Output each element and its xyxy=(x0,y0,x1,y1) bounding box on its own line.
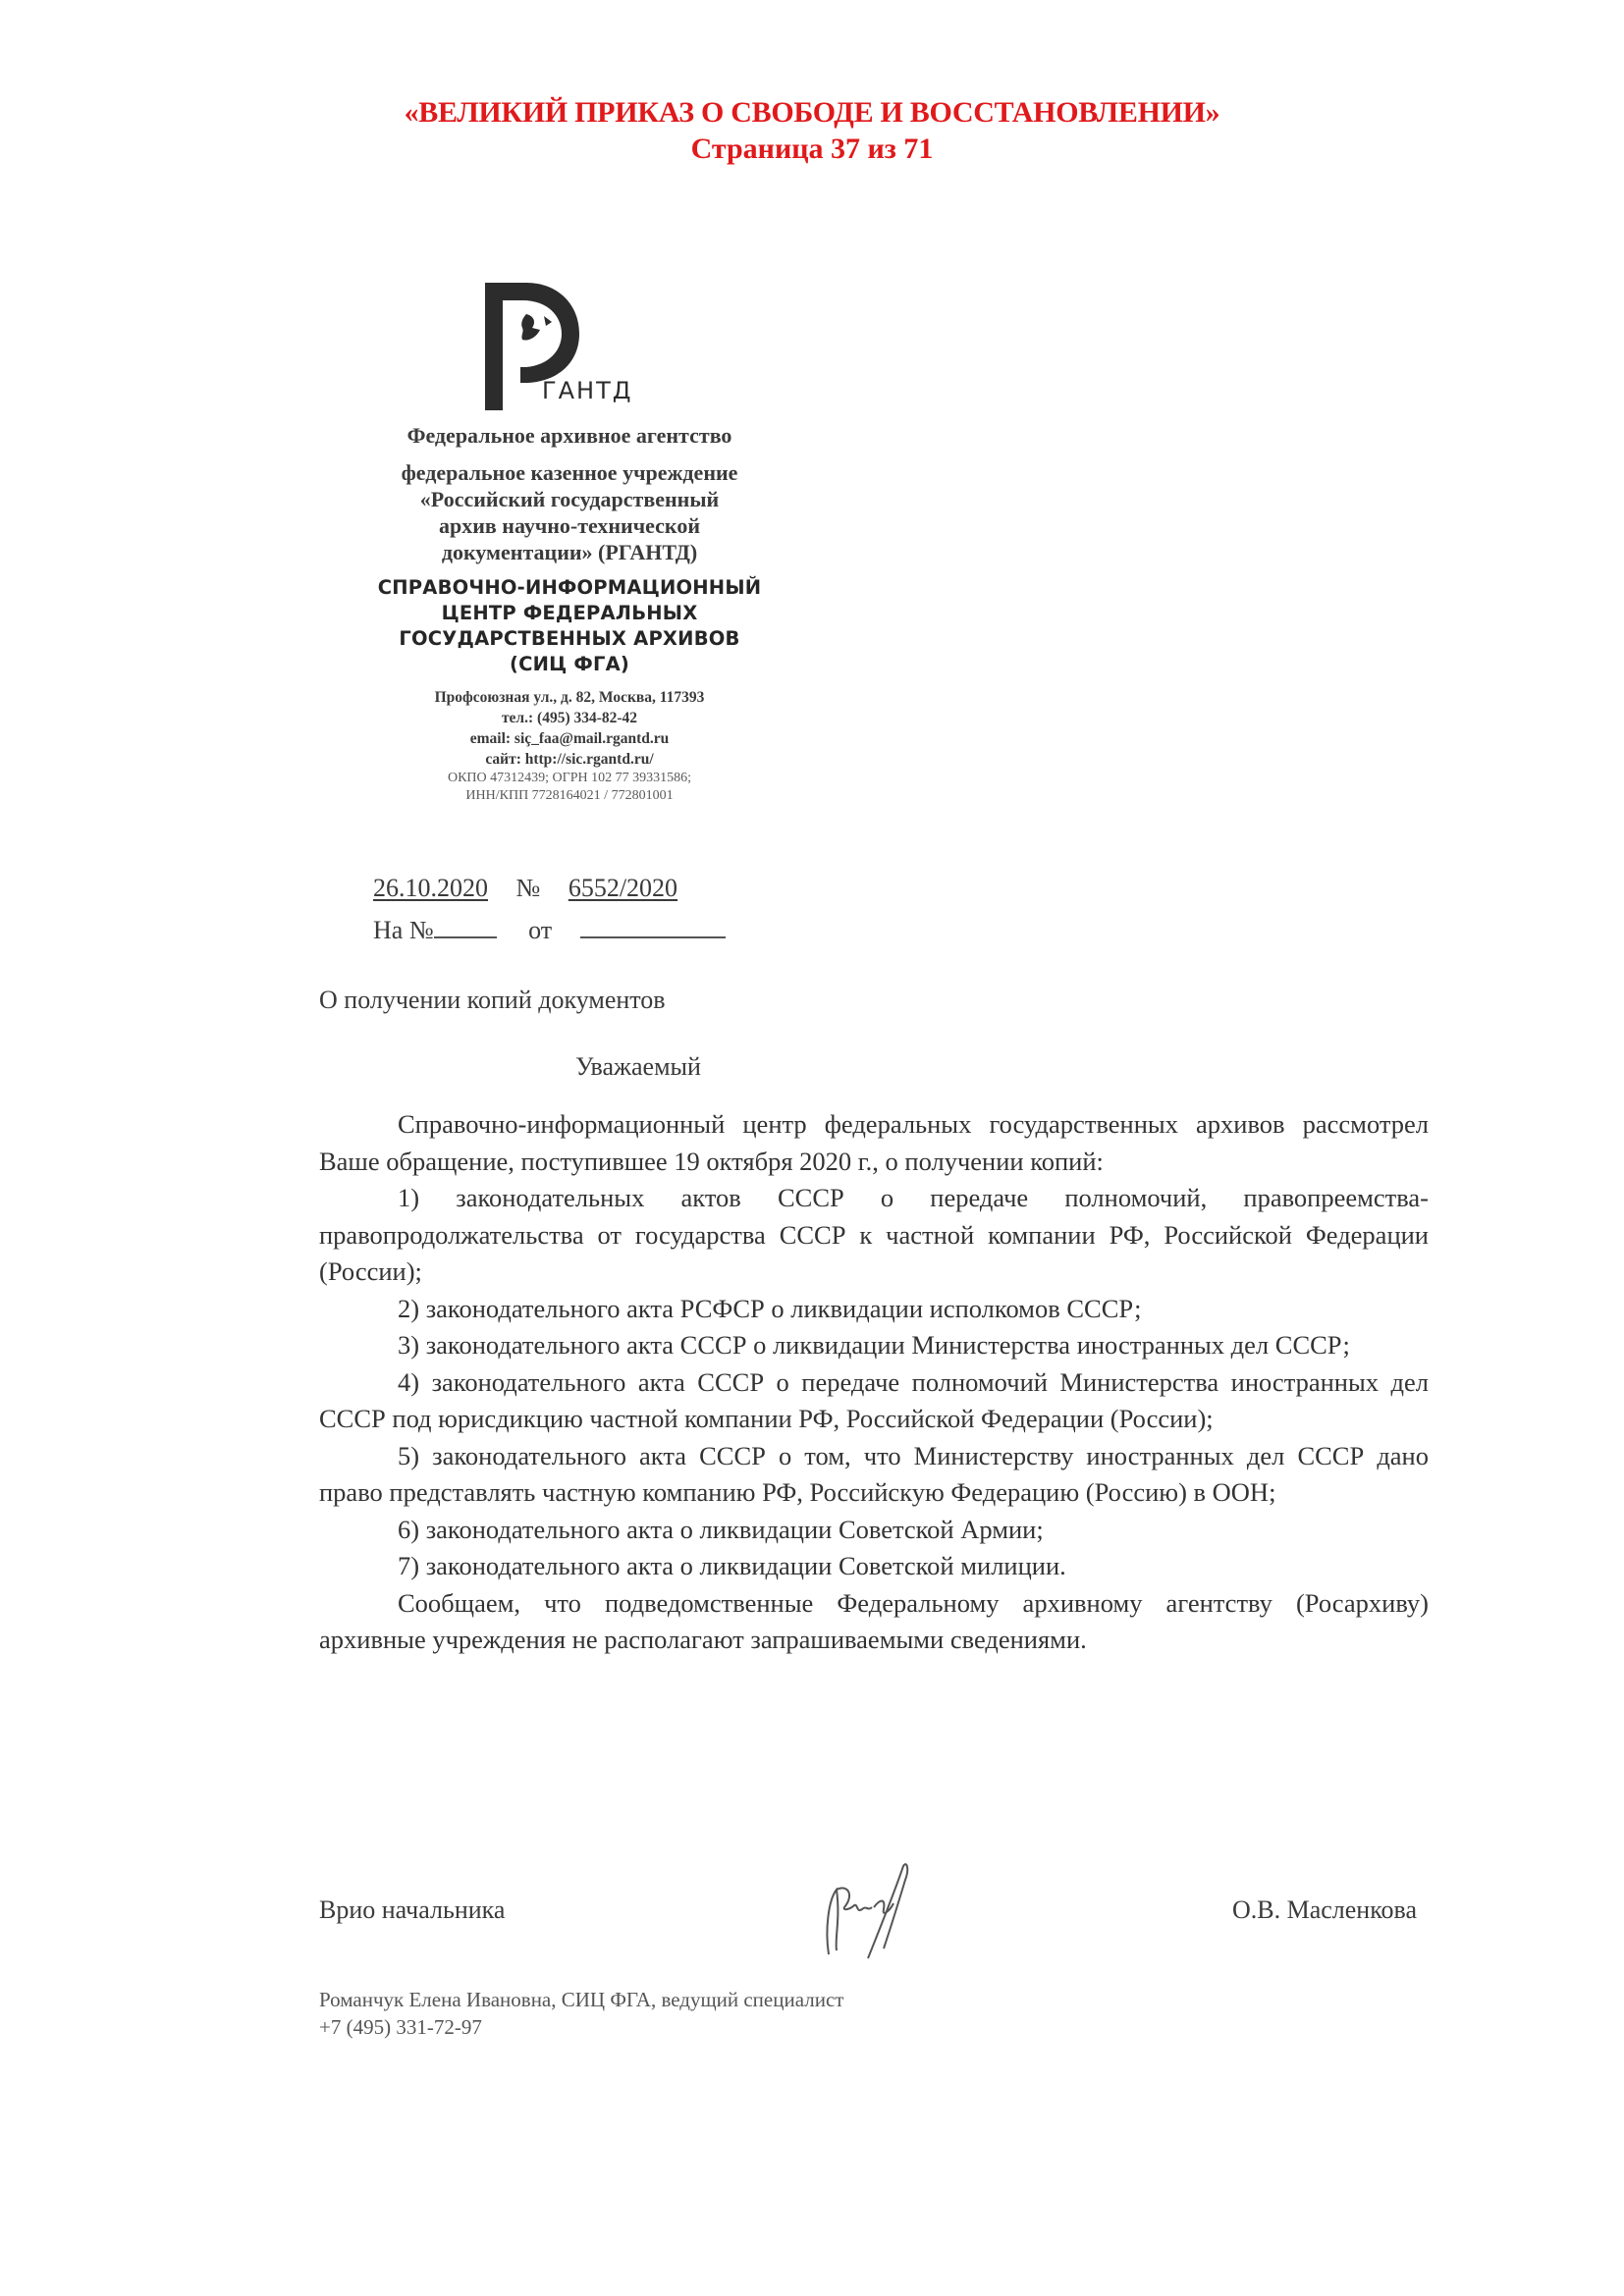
header-title: «ВЕЛИКИЙ ПРИКАЗ О СВОБОДЕ И ВОССТАНОВЛЕН… xyxy=(0,94,1624,132)
reply-to-line: На № от xyxy=(373,913,726,945)
from-blank xyxy=(580,913,726,938)
codes-line: ИНН/КПП 7728164021 / 772801001 xyxy=(324,787,815,805)
signature-block: Врио начальника О.В. Масленкова xyxy=(319,1880,1429,1998)
executor-info: Романчук Елена Ивановна, СИЦ ФГА, ведущи… xyxy=(319,1986,843,2041)
letter-body: Справочно-информационный центр федеральн… xyxy=(319,1106,1429,1659)
list-item: 1) законодательных актов СССР о передаче… xyxy=(319,1180,1429,1291)
page-number: Страница 37 из 71 xyxy=(0,132,1624,167)
institution-line: документации» (РГАНТД) xyxy=(324,539,815,565)
center-line: ГОСУДАРСТВЕННЫХ АРХИВОВ xyxy=(324,626,815,652)
website: сайт: http://sic.rgantd.ru/ xyxy=(324,749,815,770)
letterhead: ГАНТД Федеральное архивное агентство фед… xyxy=(324,277,815,805)
list-item: 3) законодательного акта СССР о ликвидац… xyxy=(319,1327,1429,1364)
reply-to-label: На № xyxy=(373,916,434,944)
institution-line: «Российский государственный xyxy=(324,486,815,512)
executor-phone: +7 (495) 331-72-97 xyxy=(319,2013,843,2041)
registration-line: 26.10.2020 № 6552/2020 xyxy=(373,874,677,903)
codes-line: ОКПО 47312439; ОГРН 102 77 39331586; xyxy=(324,770,815,787)
center-line: СПРАВОЧНО-ИНФОРМАЦИОННЫЙ xyxy=(324,575,815,601)
number-label: № xyxy=(516,874,541,902)
reply-to-blank xyxy=(434,913,497,938)
agency-name: Федеральное архивное агентство xyxy=(324,422,815,450)
address: Профсоюзная ул., д. 82, Москва, 117393 xyxy=(324,687,815,708)
letter-number: 6552/2020 xyxy=(568,874,677,902)
institution-line: архив научно-технической xyxy=(324,512,815,539)
list-item: 6) законодательного акта о ликвидации Со… xyxy=(319,1512,1429,1549)
center-line: ЦЕНТР ФЕДЕРАЛЬНЫХ xyxy=(324,601,815,626)
body-paragraph: Справочно-информационный центр федеральн… xyxy=(319,1106,1429,1180)
salutation: Уважаемый xyxy=(319,1052,957,1082)
document-header: «ВЕЛИКИЙ ПРИКАЗ О СВОБОДЕ И ВОССТАНОВЛЕН… xyxy=(0,94,1624,167)
signer-name: О.В. Масленкова xyxy=(1232,1896,1417,1925)
list-item: 4) законодательного акта СССР о передаче… xyxy=(319,1364,1429,1438)
registry-codes: ОКПО 47312439; ОГРН 102 77 39331586; ИНН… xyxy=(324,770,815,805)
body-paragraph: Сообщаем, что подведомственные Федеральн… xyxy=(319,1585,1429,1659)
from-label: от xyxy=(528,916,552,944)
list-item: 2) законодательного акта РСФСР о ликвида… xyxy=(319,1291,1429,1328)
institution-line: федеральное казенное учреждение xyxy=(324,459,815,486)
contacts: Профсоюзная ул., д. 82, Москва, 117393 т… xyxy=(324,687,815,770)
letter-date: 26.10.2020 xyxy=(373,874,488,902)
center-name: СПРАВОЧНО-ИНФОРМАЦИОННЫЙ ЦЕНТР ФЕДЕРАЛЬН… xyxy=(324,575,815,677)
institution-name: федеральное казенное учреждение «Российс… xyxy=(324,459,815,565)
logo-text: ГАНТД xyxy=(542,377,633,404)
email: email: siç_faa@mail.rgantd.ru xyxy=(324,728,815,749)
signer-position: Врио начальника xyxy=(319,1896,505,1925)
executor-name: Романчук Елена Ивановна, СИЦ ФГА, ведущи… xyxy=(319,1986,843,2013)
list-item: 5) законодательного акта СССР о том, что… xyxy=(319,1438,1429,1512)
rgantd-logo-icon: ГАНТД xyxy=(471,277,628,414)
list-item: 7) законодательного акта о ликвидации Со… xyxy=(319,1548,1429,1585)
letter-subject: О получении копий документов xyxy=(319,986,666,1015)
handwritten-signature-icon xyxy=(815,1860,923,1975)
phone: тел.: (495) 334-82-42 xyxy=(324,708,815,728)
center-line: (СИЦ ФГА) xyxy=(324,652,815,677)
